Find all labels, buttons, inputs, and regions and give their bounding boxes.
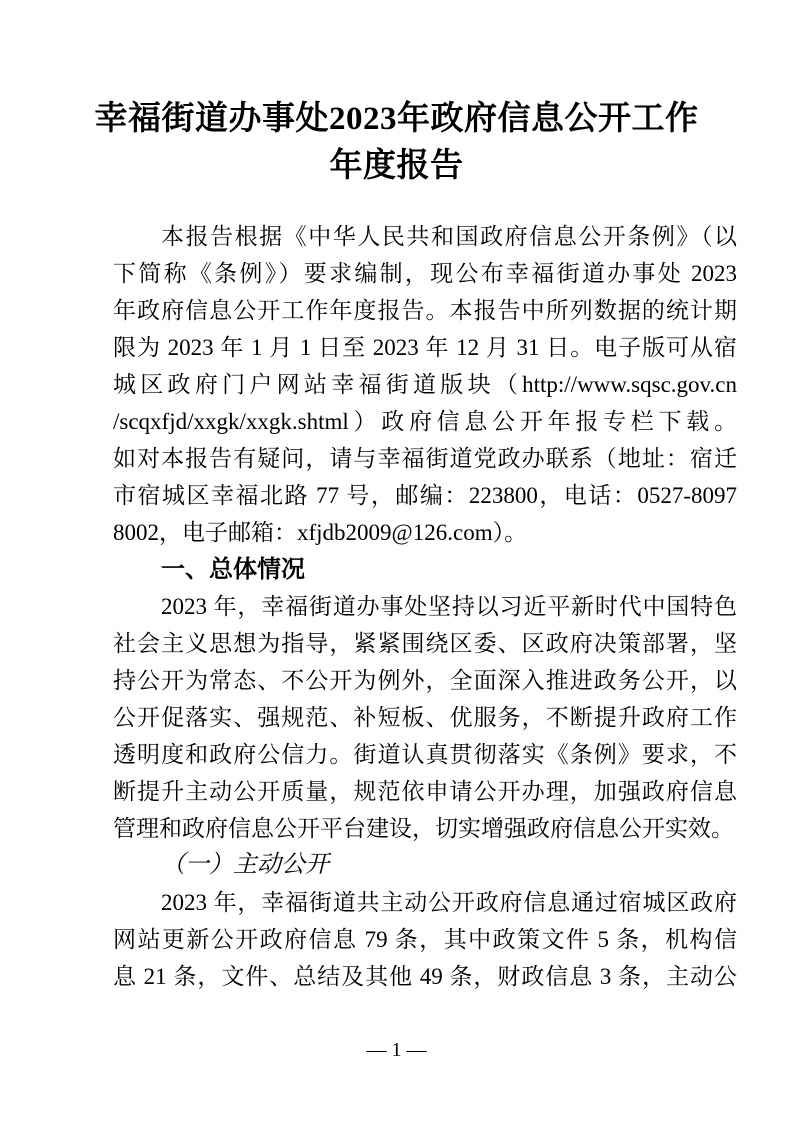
- body-line: 城区政府门户网站幸福街道版块（http://www.sqsc.gov.cn: [113, 366, 737, 403]
- body-line: 8002，电子邮箱：xfjdb2009@126.com）。: [113, 514, 737, 551]
- body-line: 年政府信息公开工作年度报告。本报告中所列数据的统计期: [113, 292, 737, 329]
- document-title: 幸福街道办事处2023年政府信息公开工作 年度报告: [0, 96, 793, 190]
- body-line: 限为 2023 年 1 月 1 日至 2023 年 12 月 31 日。电子版可…: [113, 329, 737, 366]
- body-line: 如对本报告有疑问，请与幸福街道党政办联系（地址：宿迁: [113, 440, 737, 477]
- body-line: 2023 年，幸福街道办事处坚持以习近平新时代中国特色: [113, 588, 737, 625]
- body-line: /scqxfjd/xxgk/xxgk.shtml）政府信息公开年报专栏下载。: [113, 403, 737, 440]
- document-title-line-2: 年度报告: [0, 143, 793, 190]
- body-line: 社会主义思想为指导，紧紧围绕区委、区政府决策部署，坚: [113, 625, 737, 662]
- body-line: 市宿城区幸福北路 77 号，邮编：223800，电话：0527-8097: [113, 477, 737, 514]
- body-line: 网站更新公开政府信息 79 条，其中政策文件 5 条，机构信: [113, 921, 737, 958]
- body-line: 管理和政府信息公开平台建设，切实增强政府信息公开实效。: [113, 810, 737, 847]
- body-line: 息 21 条，文件、总结及其他 49 条，财政信息 3 条，主动公: [113, 958, 737, 995]
- body-line: 2023 年，幸福街道共主动公开政府信息通过宿城区政府: [113, 884, 737, 921]
- subsection-heading: （一）主动公开: [113, 847, 737, 884]
- body-line: 持公开为常态、不公开为例外，全面深入推进政务公开，以: [113, 662, 737, 699]
- document-body: 本报告根据《中华人民共和国政府信息公开条例》（以下简称《条例》）要求编制，现公布…: [113, 218, 737, 995]
- section-heading: 一、总体情况: [113, 551, 737, 588]
- body-line: 断提升主动公开质量，规范依申请公开办理，加强政府信息: [113, 773, 737, 810]
- document-title-line-1: 幸福街道办事处2023年政府信息公开工作: [0, 96, 793, 143]
- body-line: 本报告根据《中华人民共和国政府信息公开条例》（以: [113, 218, 737, 255]
- body-line: 透明度和政府公信力。街道认真贯彻落实《条例》要求，不: [113, 736, 737, 773]
- body-line: 下简称《条例》）要求编制，现公布幸福街道办事处 2023: [113, 255, 737, 292]
- document-page: 幸福街道办事处2023年政府信息公开工作 年度报告 本报告根据《中华人民共和国政…: [0, 0, 793, 1122]
- body-line: 公开促落实、强规范、补短板、优服务，不断提升政府工作: [113, 699, 737, 736]
- page-number: — 1 —: [0, 1038, 793, 1062]
